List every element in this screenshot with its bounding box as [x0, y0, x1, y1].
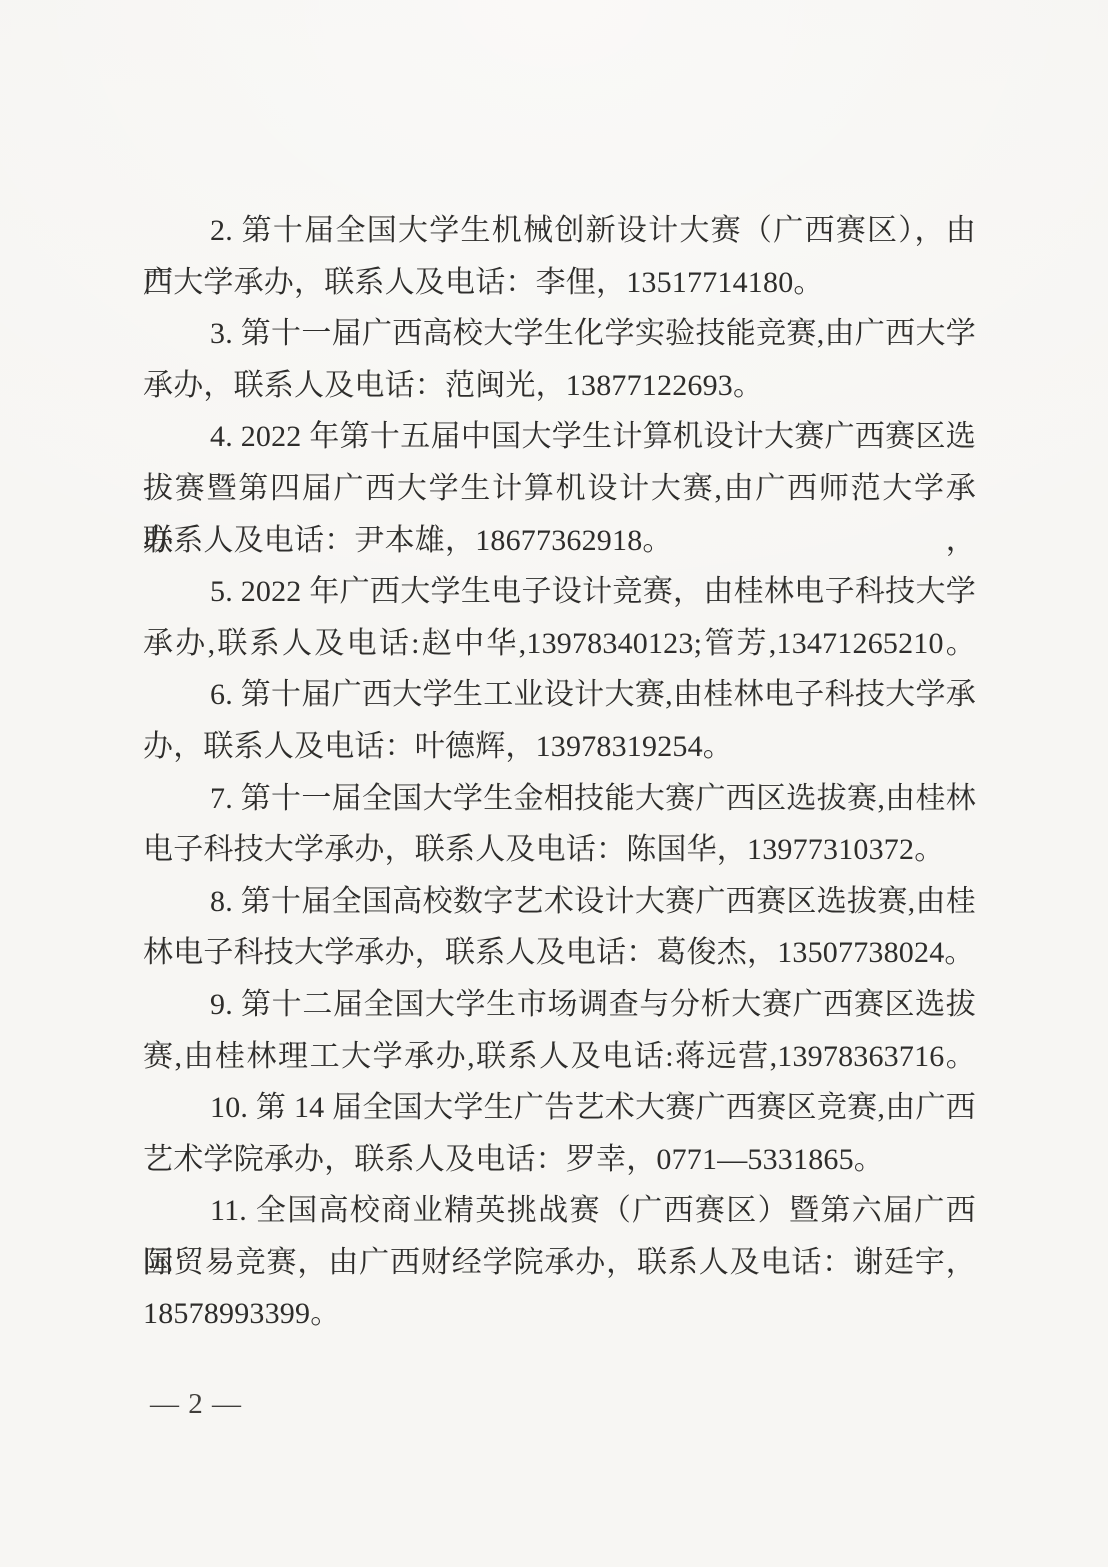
text-line: 电子科技大学承办，联系人及电话：陈国华，13977310372。	[143, 824, 976, 876]
document-body: 2. 第十届全国大学生机械创新设计大赛（广西赛区），由广 西大学承办，联系人及电…	[143, 205, 976, 1340]
text-line: 林电子科技大学承办，联系人及电话：葛俊杰，13507738024。	[143, 927, 976, 979]
text-line: 9. 第十二届全国大学生市场调查与分析大赛广西赛区选拔	[143, 979, 976, 1031]
list-item-6: 6. 第十届广西大学生工业设计大赛,由桂林电子科技大学承 办，联系人及电话：叶德…	[143, 669, 976, 772]
text-line: 7. 第十一届全国大学生金相技能大赛广西区选拔赛,由桂林	[143, 773, 976, 825]
text-line: 承办,联系人及电话:赵中华,13978340123;管芳,13471265210…	[143, 618, 976, 670]
text-line: 18578993399。	[143, 1288, 976, 1340]
text-line: 拔赛暨第四届广西大学生计算机设计大赛,由广西师范大学承办，	[143, 463, 976, 515]
text-line: 11. 全国高校商业精英挑战赛（广西赛区）暨第六届广西国	[143, 1185, 976, 1237]
text-line: 承办，联系人及电话：范闽光，13877122693。	[143, 360, 976, 412]
list-item-8: 8. 第十届全国高校数字艺术设计大赛广西赛区选拔赛,由桂 林电子科技大学承办，联…	[143, 876, 976, 979]
text-line: 办，联系人及电话：叶德辉，13978319254。	[143, 721, 976, 773]
list-item-9: 9. 第十二届全国大学生市场调查与分析大赛广西赛区选拔 赛,由桂林理工大学承办,…	[143, 979, 976, 1082]
text-line: 2. 第十届全国大学生机械创新设计大赛（广西赛区），由广	[143, 205, 976, 257]
list-item-10: 10. 第 14 届全国大学生广告艺术大赛广西赛区竞赛,由广西 艺术学院承办，联…	[143, 1082, 976, 1185]
text-line: 西大学承办，联系人及电话：李俚，13517714180。	[143, 257, 976, 309]
text-line: 5. 2022 年广西大学生电子设计竞赛，由桂林电子科技大学	[143, 566, 976, 618]
list-item-5: 5. 2022 年广西大学生电子设计竞赛，由桂林电子科技大学 承办,联系人及电话…	[143, 566, 976, 669]
page-number: — 2 —	[150, 1384, 242, 1424]
list-item-11: 11. 全国高校商业精英挑战赛（广西赛区）暨第六届广西国 际贸易竞赛，由广西财经…	[143, 1185, 976, 1340]
text-line: 艺术学院承办，联系人及电话：罗幸，0771—5331865。	[143, 1134, 976, 1186]
text-line: 4. 2022 年第十五届中国大学生计算机设计大赛广西赛区选	[143, 411, 976, 463]
text-line: 3. 第十一届广西高校大学生化学实验技能竞赛,由广西大学	[143, 308, 976, 360]
text-line: 10. 第 14 届全国大学生广告艺术大赛广西赛区竞赛,由广西	[143, 1082, 976, 1134]
text-line: 8. 第十届全国高校数字艺术设计大赛广西赛区选拔赛,由桂	[143, 876, 976, 928]
text-line: 6. 第十届广西大学生工业设计大赛,由桂林电子科技大学承	[143, 669, 976, 721]
text-line: 赛,由桂林理工大学承办,联系人及电话:蒋远营,13978363716。	[143, 1031, 976, 1083]
list-item-3: 3. 第十一届广西高校大学生化学实验技能竞赛,由广西大学 承办，联系人及电话：范…	[143, 308, 976, 411]
document-page: 2. 第十届全国大学生机械创新设计大赛（广西赛区），由广 西大学承办，联系人及电…	[0, 0, 1108, 1567]
list-item-4: 4. 2022 年第十五届中国大学生计算机设计大赛广西赛区选 拔赛暨第四届广西大…	[143, 411, 976, 566]
list-item-7: 7. 第十一届全国大学生金相技能大赛广西区选拔赛,由桂林 电子科技大学承办，联系…	[143, 773, 976, 876]
list-item-2: 2. 第十届全国大学生机械创新设计大赛（广西赛区），由广 西大学承办，联系人及电…	[143, 205, 976, 308]
text-line: 际贸易竞赛，由广西财经学院承办，联系人及电话：谢廷宇，	[143, 1237, 976, 1289]
